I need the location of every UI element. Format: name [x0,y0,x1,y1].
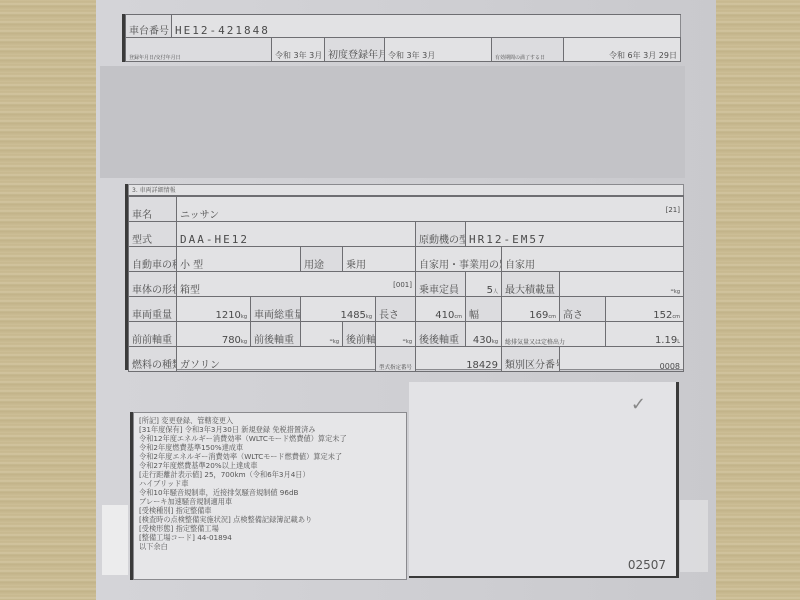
usage-value: 乗用 [343,247,416,272]
remarks-line: 令和12年度エネルギー消費効率（WLTCモード燃費値）算定未了 [139,434,401,443]
gross-weight-value: 1485 [340,310,365,321]
rear-rear-axle-label: 後後軸重 [416,322,466,347]
sleeve-gap [100,66,685,178]
weight-label: 車両重量 [129,297,177,322]
vehicle-detail-card: 3. 車両詳細情報 車名 ニッサン[21] 型式 DAA-HE12 原動機の型式… [125,184,684,370]
model-label: 型式 [129,222,177,247]
type-designation-value: 18429 [416,347,502,372]
blank-panel: ✓ 02507 [409,382,679,578]
remarks-line: ブレーキ加速騒音規制適用車 [139,497,401,506]
remarks-line: [走行距離計表示値] 25，700km（令和6年3月4日） [139,470,401,479]
fuel-value: ガソリン [177,347,376,372]
length-value: 410 [435,310,454,321]
fuel-label: 燃料の種類 [129,347,177,372]
tape-glare [680,500,708,572]
remarks-line: [検査時の点検整備実施状況] 点検整備記録簿記載あり [139,515,401,524]
private-business-value: 自家用 [502,247,684,272]
remarks-line: 令和2年度エネルギー消費効率（WLTCモード燃費値）算定未了 [139,452,401,461]
model-value: DAA-HE12 [180,233,249,246]
remarks-line: [受検形態] 指定整備工場 [139,524,401,533]
front-front-axle-value: 780 [222,335,241,346]
first-registration-label: 初度登録年月 [325,38,385,62]
maker-label: 車名 [129,197,177,222]
chassis-number-value: HE12-421848 [175,24,270,37]
usage-label: 用途 [301,247,343,272]
expiry-date-value: 令和 6年 3月 29日 [564,38,681,62]
remarks-line: 令和10年騒音規制車，近接排気騒音規制値 96dB [139,488,401,497]
body-shape-code: [001] [393,281,412,289]
chassis-number-label: 車台番号 [126,15,172,38]
vehicle-kind-value: 小 型 [177,247,301,272]
rear-rear-axle-value: 430 [473,335,492,346]
remarks-line: 令和27年度燃費基準20%以上達成車 [139,461,401,470]
category-number-value: 0008 [560,347,684,372]
length-label: 長さ [376,297,416,322]
vehicle-kind-label: 自動車の種別 [129,247,177,272]
remarks-line: [所記] 変更登録、管轄変更入 [139,416,401,425]
private-business-label: 自家用・事業用の別 [416,247,502,272]
engine-model-label: 原動機の型式 [416,222,466,247]
maker-value: ニッサン [180,210,219,221]
height-value: 152 [653,310,672,321]
remarks-panel: [所記] 変更登録、管轄変更入[31年度保有] 令和3年3月30日 新規登録 免… [130,412,407,580]
remarks-line: ハイブリッド車 [139,479,401,488]
expiry-date-label: 有効期間の満了する日 [492,38,564,62]
remarks-line: [31年度保有] 令和3年3月30日 新規登録 免税措置済み [139,425,401,434]
section-title: 3. 車両詳細情報 [128,184,684,196]
registration-header-card: 車台番号 HE12-421848 登録年月日/交付年月日 令和 3年 3月 30… [122,14,681,62]
front-front-axle-label: 前前軸重 [129,322,177,347]
check-mark-icon: ✓ [631,394,646,415]
tape-glare [102,505,128,575]
registration-date-label: 登録年月日/交付年月日 [126,38,272,62]
rear-front-axle-label: 後前軸重 [343,322,376,347]
body-shape-label: 車体の形状 [129,272,177,297]
body-shape-value: 箱型 [180,285,200,296]
registration-date-value: 令和 3年 3月 30日 [272,38,325,62]
height-label: 高さ [560,297,606,322]
category-number-label: 類別区分番号 [502,347,560,372]
displacement-value: 1.19 [655,335,677,346]
remarks-line: 以下余白 [139,542,401,551]
remarks-line: 令和2年度燃費基準150%達成車 [139,443,401,452]
remarks-line: [受検種別] 指定整備車 [139,506,401,515]
displacement-label: 総排気量又は定格出力 [502,322,606,347]
width-value: 169 [529,310,548,321]
capacity-label: 乗車定員 [416,272,466,297]
handwritten-number: 02507 [628,558,666,572]
width-label: 幅 [466,297,502,322]
gross-weight-label: 車両総重量 [251,297,301,322]
first-registration-value: 令和 3年 3月 [385,38,492,62]
engine-model-value: HR12-EM57 [469,233,547,246]
max-load-label: 最大積載量 [502,272,560,297]
type-designation-label: 型式指定番号 [376,347,416,372]
front-rear-axle-label: 前後軸重 [251,322,301,347]
remarks-line: [整備工場コード] 44-01894 [139,533,401,542]
maker-code: [21] [666,206,680,214]
weight-value: 1210 [215,310,240,321]
